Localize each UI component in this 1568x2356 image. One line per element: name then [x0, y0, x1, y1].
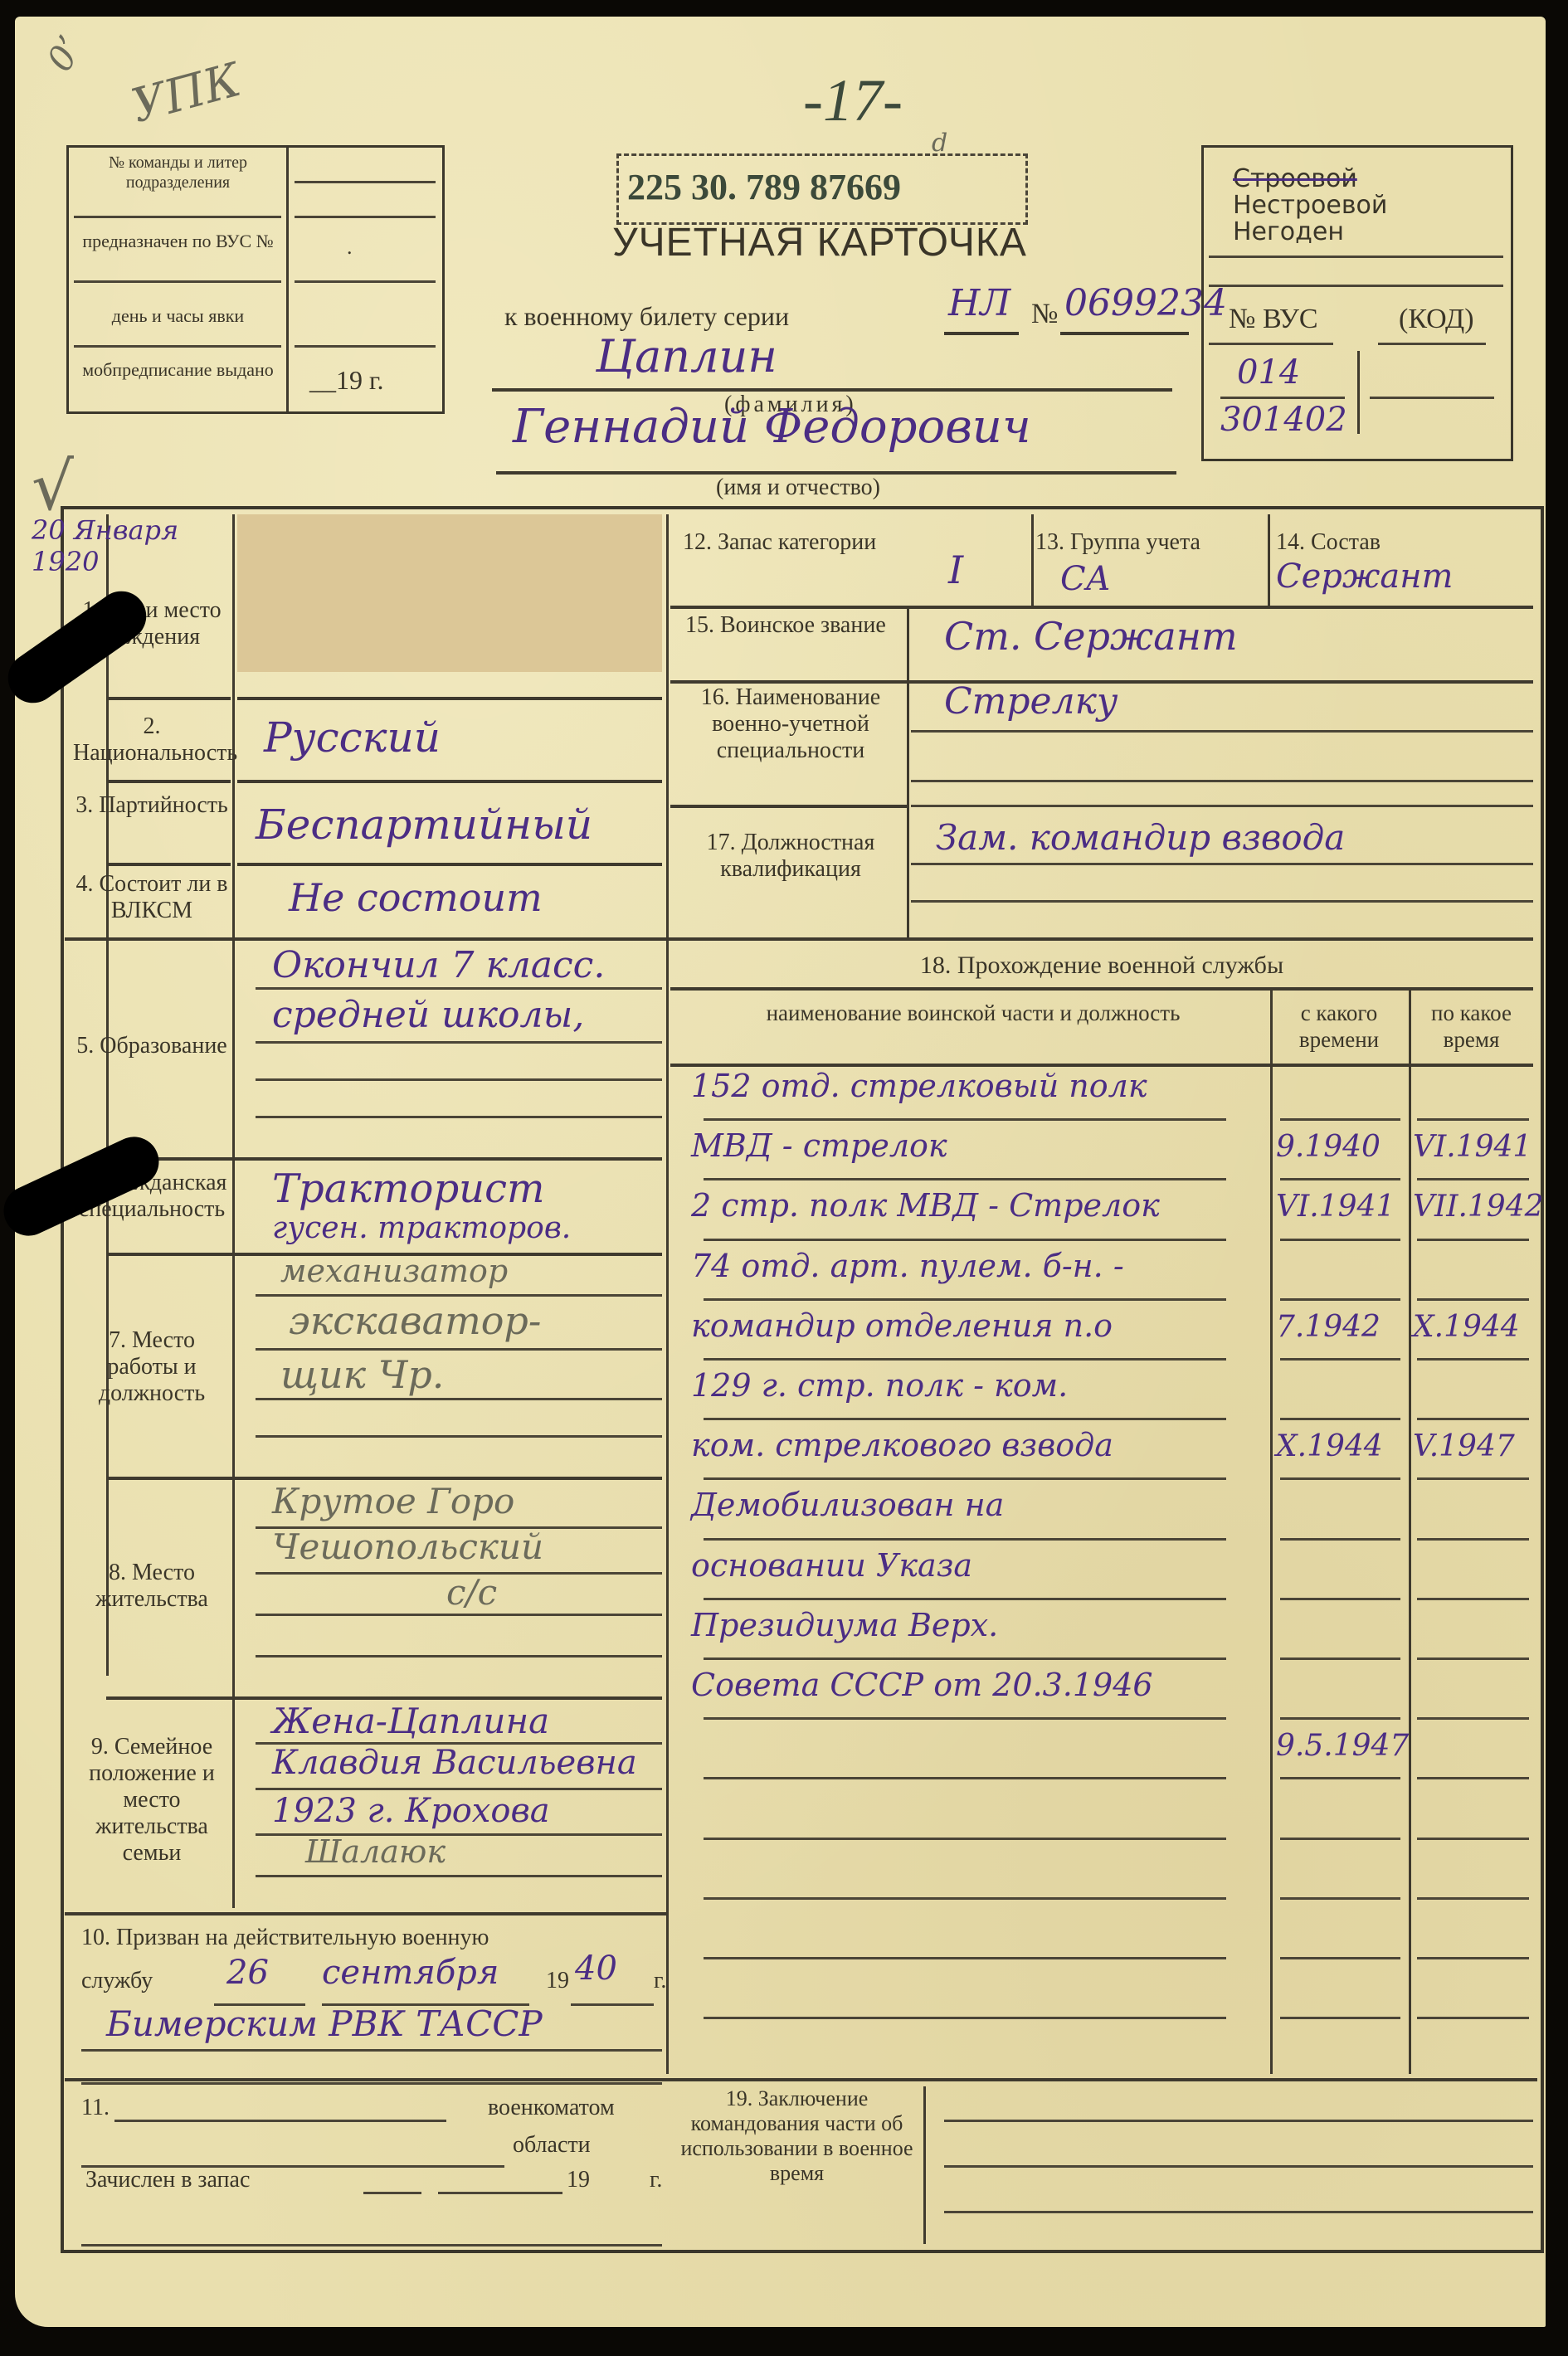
- conscription-by: Бимерским РВК ТАССР: [106, 2003, 543, 2044]
- service-title: 18. Прохождение военной службы: [670, 952, 1533, 979]
- status-stroevoy: Строевой: [1233, 166, 1387, 192]
- reserve-num: 11.: [81, 2095, 110, 2121]
- komsomol-value: Не состоит: [289, 875, 543, 920]
- residence-line-1: Крутое Горо: [272, 1481, 514, 1521]
- service-unit: 129 г. стр. полк - ком.: [691, 1367, 1068, 1404]
- workplace-line-2: экскаватор-: [289, 1298, 541, 1343]
- nationality-label: Национальность: [73, 740, 237, 766]
- service-unit: 74 отд. арт. пулем. б-н. -: [691, 1248, 1124, 1284]
- conscription-label: 10. Призван на действительную военную: [81, 1925, 489, 1951]
- conscription-service-label: службу: [81, 1968, 153, 1994]
- service-from: VI.1941: [1276, 1190, 1395, 1224]
- record-card: 0’ УПК -17- d √ 225 30. 789 87669 УЧЕТНА…: [15, 17, 1546, 2327]
- residence-line-2: Чешопольский: [272, 1526, 543, 1567]
- surname: Цаплин: [596, 336, 777, 377]
- komsomol-label: Состоит ли в ВЛКСМ: [99, 871, 227, 923]
- service-to: VII.1942: [1413, 1190, 1544, 1224]
- birth-date: 20 Января 1920: [32, 514, 247, 577]
- card-title: УЧЕТНАЯ КАРТОЧКА: [571, 220, 1069, 265]
- arrival-label: день и часы явки: [72, 305, 284, 327]
- service-unit: ком. стрелкового взвода: [691, 1427, 1113, 1463]
- vus-label: № ВУС: [1229, 304, 1318, 335]
- civil-specialty-line-1: Тракторист: [272, 1166, 544, 1212]
- oblast-label: области: [513, 2132, 591, 2159]
- family-line-4: Шалаюк: [305, 1833, 446, 1870]
- service-to: VI.1941: [1413, 1130, 1531, 1164]
- vus-assign-label: предназначен по ВУС №: [72, 231, 284, 252]
- stamp-number: 225 30. 789 87669: [619, 156, 1025, 219]
- account-group-value: СА: [1060, 560, 1111, 598]
- service-unit: МВД - стрелок: [691, 1127, 947, 1164]
- service-to: V.1947: [1413, 1429, 1515, 1463]
- civil-specialty-line-2: гусен. тракторов.: [272, 1211, 571, 1245]
- specialty-label: 16. Наименование военно-учетной специаль…: [679, 684, 903, 764]
- workplace-line-1: механизатор: [280, 1253, 508, 1289]
- composition-value: Сержант: [1276, 557, 1453, 596]
- code-label: (КОД): [1399, 304, 1474, 335]
- workplace-line-3: щик Чр.: [280, 1352, 444, 1397]
- service-from: 9.5.1947: [1276, 1729, 1409, 1763]
- col-to: по какое время: [1411, 1000, 1531, 1053]
- assignment-box: № команды и литер подразделения предназн…: [66, 145, 445, 414]
- col-from: с какого времени: [1272, 1000, 1406, 1053]
- conscription-day: 26: [226, 1954, 269, 1992]
- residence-line-3: с/с: [446, 1572, 497, 1613]
- upk-note: УПК: [126, 53, 246, 134]
- service-from: 7.1942: [1276, 1310, 1381, 1344]
- composition-label: 14. Состав: [1276, 529, 1381, 556]
- education-label: Образование: [100, 1033, 226, 1059]
- page-number: -17-: [803, 66, 903, 135]
- education-line-1: Окончил 7 класс.: [272, 944, 605, 986]
- reserve-category-label: 12. Запас категории: [683, 529, 932, 556]
- service-from: 9.1940: [1276, 1130, 1381, 1164]
- archive-stamp: 225 30. 789 87669: [616, 153, 1028, 225]
- corner-mark: 0’: [39, 29, 90, 78]
- vus-value: 014: [1237, 353, 1300, 392]
- service-unit: командир отделения п.о: [691, 1307, 1113, 1344]
- given-names: Геннадий Федорович: [513, 406, 1031, 448]
- ticket-series: НЛ: [948, 282, 1010, 324]
- rank-value: Ст. Сержант: [944, 614, 1238, 659]
- conscription-year: 40: [575, 1950, 617, 1988]
- family-line-3: 1923 г. Крохова: [272, 1792, 550, 1830]
- redacted-area: [237, 514, 662, 672]
- qualification-label: 17. Должностная квалификация: [674, 830, 907, 883]
- service-unit: Демобилизован на: [691, 1487, 1004, 1523]
- specialty-value: Стрелку: [944, 680, 1118, 723]
- status-box: Строевой Нестроевой Негоден № ВУС (КОД) …: [1201, 145, 1513, 461]
- service-to: X.1944: [1413, 1310, 1520, 1344]
- conscription-month: сентября: [322, 1954, 499, 1992]
- service-unit: основании Указа: [691, 1547, 972, 1584]
- reserve-enrolled-label: Зачислен в запас: [85, 2167, 250, 2193]
- family-line-1: Жена-Цаплина: [272, 1701, 549, 1741]
- reserve-category-value: I: [948, 548, 963, 592]
- rank-label: 15. Воинское звание: [685, 612, 901, 639]
- mob-order-value: __19 г.: [309, 365, 384, 396]
- voenkomat-label: военкоматом: [488, 2095, 615, 2121]
- party-value: Беспартийный: [256, 801, 592, 849]
- number-label: №: [1031, 299, 1058, 330]
- service-unit: 152 отд. стрелковый полк: [691, 1068, 1147, 1104]
- status-nestroevoy: Нестроевой: [1233, 192, 1387, 219]
- qualification-value: Зам. командир взвода: [936, 817, 1345, 858]
- mob-order-label: мобпредписание выдано: [72, 359, 284, 381]
- command-label: № команды и литер подразделения: [72, 153, 284, 192]
- service-unit: 2 стр. полк МВД - Стрелок: [691, 1187, 1160, 1224]
- service-unit: Президиума Верх.: [691, 1607, 998, 1643]
- service-unit: Совета СССР от 20.3.1946: [691, 1667, 1153, 1703]
- party-label: Партийность: [99, 792, 228, 818]
- nationality-value: Русский: [264, 713, 441, 762]
- given-caption: (имя и отчество): [716, 475, 880, 501]
- conclusion-label: 19. Заключение командования части об исп…: [674, 2086, 919, 2186]
- col-unit: наименование воинской части и должность: [704, 1000, 1243, 1026]
- ticket-label: к военному билету серии: [504, 303, 789, 329]
- account-group-label: 13. Группа учета: [1035, 529, 1200, 556]
- vus-assign-value: .: [347, 235, 353, 260]
- status-negoden: Негоден: [1233, 219, 1387, 246]
- service-from: X.1944: [1276, 1429, 1383, 1463]
- code-value: 301402: [1220, 401, 1347, 439]
- family-line-2: Клавдия Васильевна: [272, 1744, 637, 1782]
- education-line-2: средней школы,: [272, 994, 584, 1036]
